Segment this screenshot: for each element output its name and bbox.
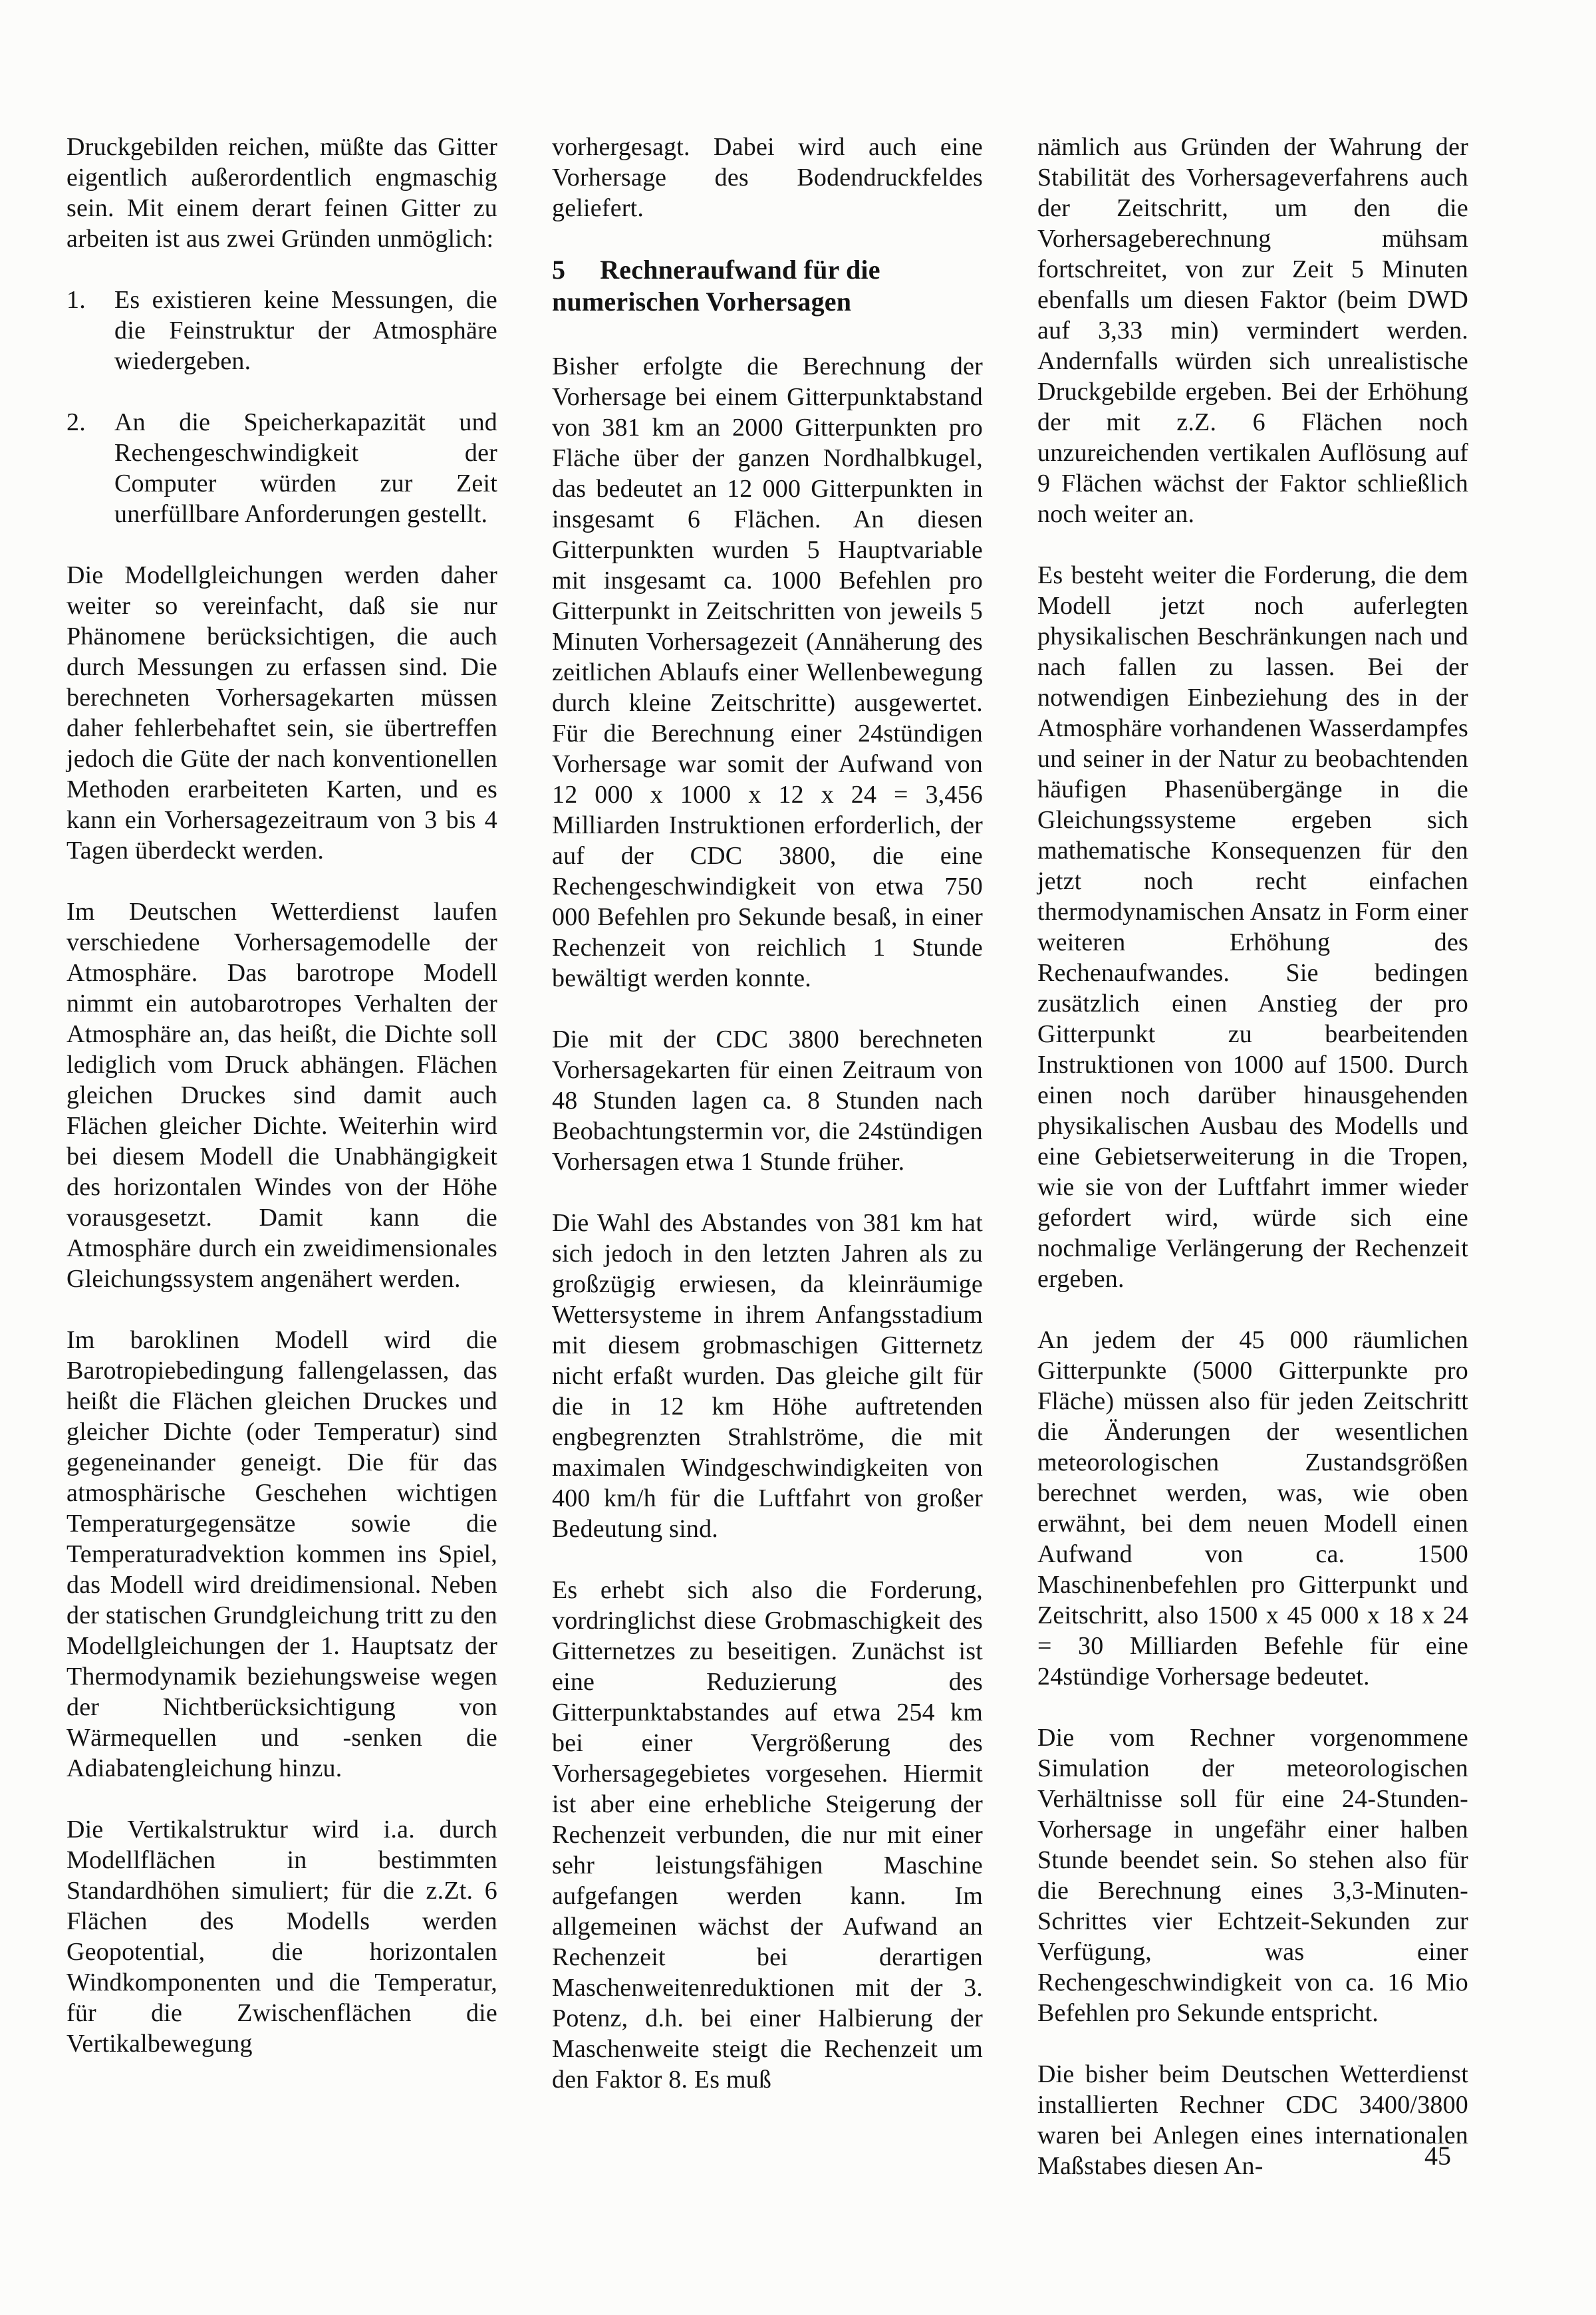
column-middle: vorhergesagt. Dabei wird auch eine Vorhe… [552,132,983,2212]
column-right: nämlich aus Gründen der Wahrung der Stab… [1037,132,1468,2212]
list-item: 2. An die Speicherkapazität und Rechenge… [66,407,497,529]
paragraph: Bisher erfolgte die Berechnung der Vorhe… [552,351,983,994]
paragraph: Es besteht weiter die Forderung, die dem… [1037,560,1468,1294]
list-marker: 2. [66,407,114,529]
paragraph: Im baroklinen Modell wird die Barotropie… [66,1325,497,1784]
list-marker: 1. [66,285,114,376]
list-item: 1. Es existieren keine Messungen, die di… [66,285,497,376]
paragraph: Die mit der CDC 3800 berechneten Vorhers… [552,1024,983,1177]
section-heading: 5Rechneraufwand für die numerischen Vorh… [552,254,983,318]
paragraph: Druckgebilden reichen, müßte das Gitter … [66,132,497,254]
document-page: Druckgebilden reichen, müßte das Gitter … [0,0,1596,2315]
text-columns: Druckgebilden reichen, müßte das Gitter … [66,132,1468,2212]
column-left: Druckgebilden reichen, müßte das Gitter … [66,132,497,2212]
paragraph: Die Wahl des Abstandes von 381 km hat si… [552,1208,983,1544]
paragraph: nämlich aus Gründen der Wahrung der Stab… [1037,132,1468,529]
list-item-text: An die Speicherkapazität und Rechengesch… [114,407,497,529]
paragraph: Die vom Rechner vorgenommene Simulation … [1037,1722,1468,2028]
paragraph: Die bisher beim Deutschen Wetterdienst i… [1037,2059,1468,2181]
page-number: 45 [1424,2140,1451,2171]
paragraph: vorhergesagt. Dabei wird auch eine Vorhe… [552,132,983,223]
paragraph: An jedem der 45 000 räumlichen Gitterpun… [1037,1325,1468,1692]
paragraph: Die Modellgleichungen werden daher weite… [66,560,497,866]
list-item-text: Es existieren keine Messungen, die die F… [114,285,497,376]
paragraph: Im Deutschen Wetterdienst laufen verschi… [66,896,497,1294]
section-title: Rechneraufwand für die numerischen Vorhe… [552,255,880,317]
paragraph: Die Vertikalstruktur wird i.a. durch Mod… [66,1814,497,2059]
section-number: 5 [552,254,565,286]
paragraph: Es erhebt sich also die Forderung, vordr… [552,1575,983,2095]
